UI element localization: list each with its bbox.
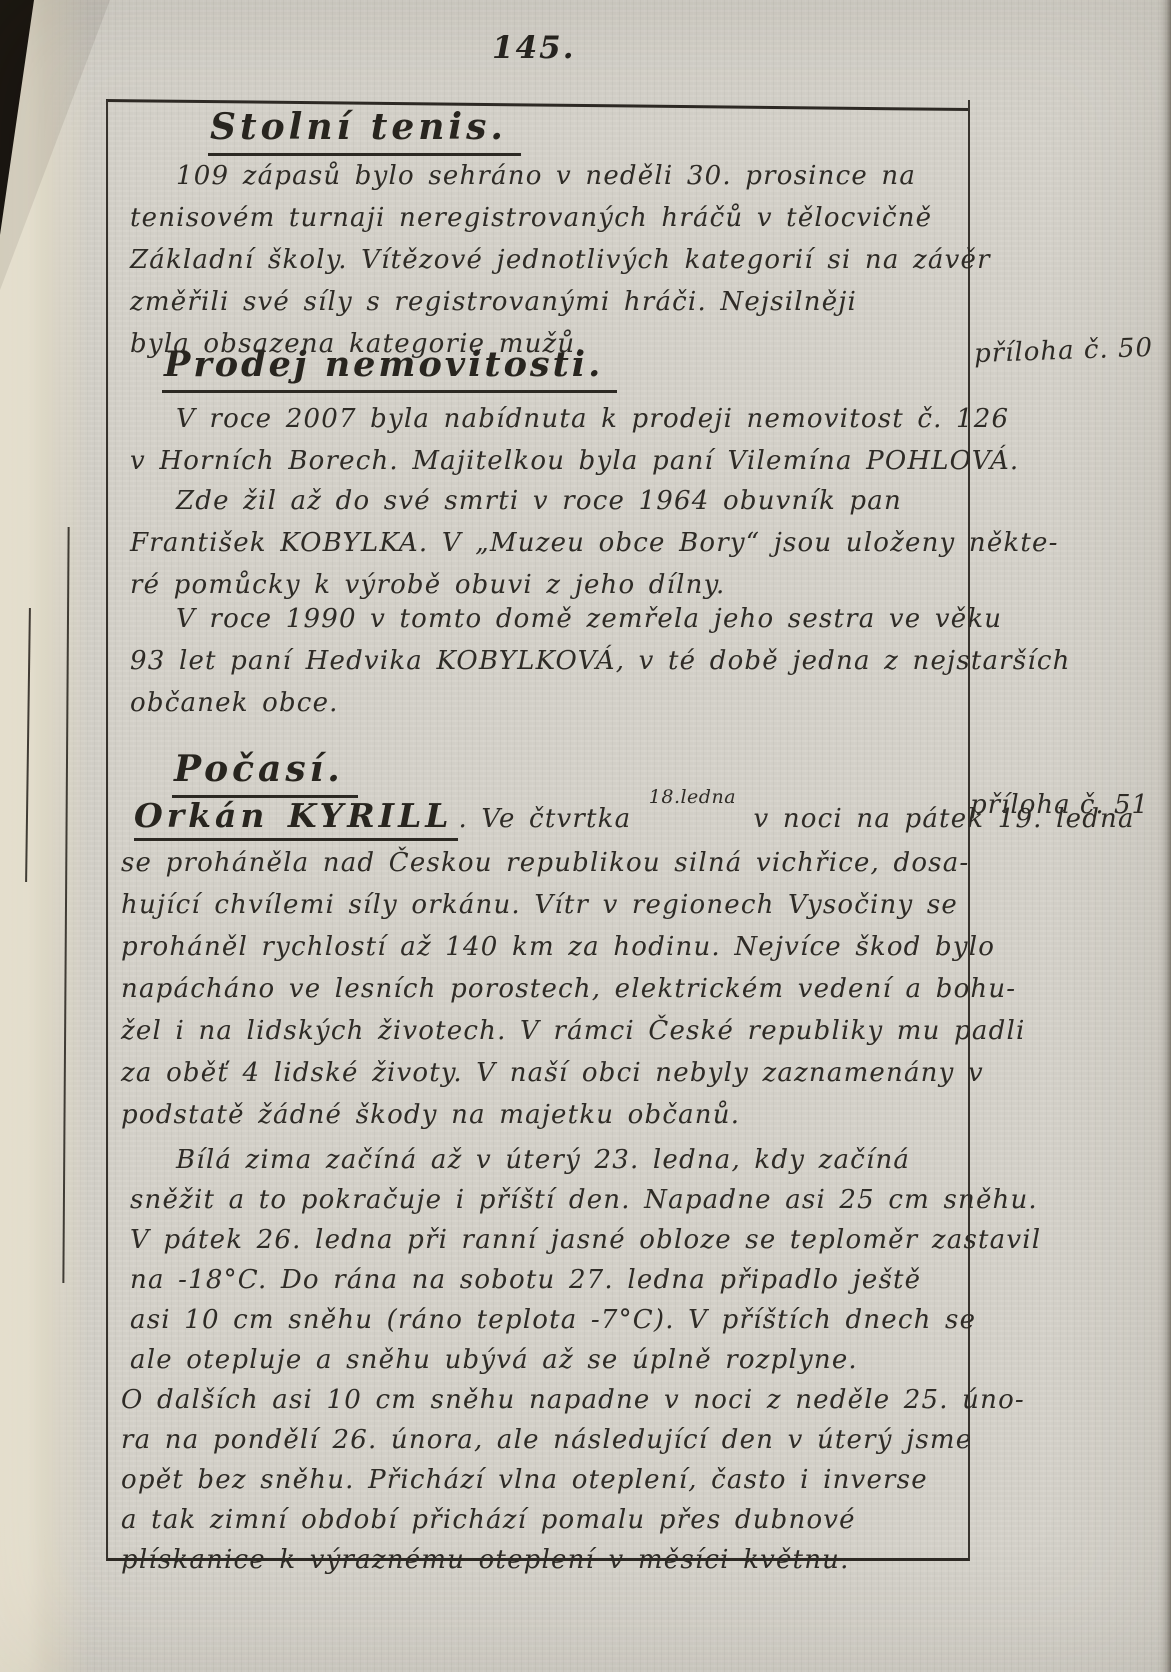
paragraph-prodej-3: V roce 1990 v tomto domě zemřela jeho se… bbox=[130, 598, 1071, 724]
margin-note-priloha-50: příloha č. 50 bbox=[974, 333, 1154, 369]
handwriting-line: hující chvílemi síly orkánu. Vítr v regi… bbox=[121, 884, 1025, 926]
paragraph-pocasi-2: Bílá zima začíná až v úterý 23. ledna, k… bbox=[130, 1140, 1041, 1380]
handwriting-line: podstatě žádné škody na majetku občanů. bbox=[121, 1094, 1025, 1136]
handwriting-line: napácháno ve lesních porostech, elektric… bbox=[121, 968, 1025, 1010]
handwriting-line: V roce 1990 v tomto domě zemřela jeho se… bbox=[130, 598, 1071, 640]
handwriting-line: tenisovém turnaji neregistrovaných hráčů… bbox=[130, 197, 991, 239]
paragraph-prodej-1: V roce 2007 byla nabídnuta k prodeji nem… bbox=[130, 398, 1019, 482]
handwriting-line: občanek obce. bbox=[130, 682, 1071, 724]
paragraph-stolni-tenis: 109 zápasů bylo sehráno v neděli 30. pro… bbox=[130, 155, 991, 365]
handwriting-line: žel i na lidských životech. V rámci Česk… bbox=[121, 1010, 1025, 1052]
paragraph-pocasi-3: O dalších asi 10 cm sněhu napadne v noci… bbox=[121, 1380, 1025, 1580]
handwriting-line: sněžit a to pokračuje i příští den. Napa… bbox=[130, 1180, 1041, 1220]
handwriting-line: plískanice k výraznému oteplení v měsíci… bbox=[121, 1540, 1025, 1580]
handwriting-line: na -18°C. Do rána na sobotu 27. ledna př… bbox=[130, 1260, 1041, 1300]
handwriting-line: František KOBYLKA. V „Muzeu obce Bory“ j… bbox=[130, 522, 1059, 564]
handwriting-line: V roce 2007 byla nabídnuta k prodeji nem… bbox=[130, 398, 1019, 440]
section-heading-stolni-tenis: Stolní tenis. bbox=[208, 106, 521, 156]
handwriting-line: proháněl rychlostí až 140 km za hodinu. … bbox=[121, 926, 1025, 968]
chronicle-page: 145. Stolní tenis. 109 zápasů bylo sehrá… bbox=[0, 0, 1171, 1672]
handwriting-line: O dalších asi 10 cm sněhu napadne v noci… bbox=[121, 1380, 1025, 1420]
handwriting-line: 93 let paní Hedvika KOBYLKOVÁ, v té době… bbox=[130, 640, 1071, 682]
handwriting-line: opět bez sněhu. Přichází vlna oteplení, … bbox=[121, 1460, 1025, 1500]
orkan-text-mid: . Ve čtvrtka bbox=[458, 804, 631, 834]
margin-note-priloha-51: příloha č. 51 bbox=[970, 790, 1149, 820]
handwriting-line: a tak zimní období přichází pomalu přes … bbox=[121, 1500, 1025, 1540]
orkan-kyrill-underlined: Orkán KYRILL bbox=[134, 796, 458, 841]
handwriting-line: Zde žil až do své smrti v roce 1964 obuv… bbox=[130, 480, 1059, 522]
insertion-note: 18.ledna bbox=[649, 786, 736, 808]
paragraph-prodej-2: Zde žil až do své smrti v roce 1964 obuv… bbox=[130, 480, 1059, 606]
handwriting-line: za oběť 4 lidské životy. V naší obci neb… bbox=[121, 1052, 1025, 1094]
handwriting-line: ra na pondělí 26. února, ale následující… bbox=[121, 1420, 1025, 1460]
section-heading-prodej-nemovitosti: Prodej nemovitosti. bbox=[162, 344, 617, 393]
section-heading-pocasi: Počasí. bbox=[172, 748, 358, 798]
handwriting-line: Základní školy. Vítězové jednotlivých ka… bbox=[130, 239, 991, 281]
handwriting-line: v Horních Borech. Majitelkou byla paní V… bbox=[130, 440, 1019, 482]
handwriting-line: Bílá zima začíná až v úterý 23. ledna, k… bbox=[130, 1140, 1041, 1180]
handwriting-line: 109 zápasů bylo sehráno v neděli 30. pro… bbox=[130, 155, 991, 197]
handwriting-line: V pátek 26. ledna při ranní jasné obloze… bbox=[130, 1220, 1041, 1260]
page-number: 145. bbox=[492, 30, 576, 66]
right-edge-shadow bbox=[1159, 0, 1171, 1672]
handwriting-line: asi 10 cm sněhu (ráno teplota -7°C). V p… bbox=[130, 1300, 1041, 1340]
paragraph-pocasi-1: se proháněla nad Českou republikou silná… bbox=[121, 842, 1025, 1136]
handwriting-line: ale otepluje a sněhu ubývá až se úplně r… bbox=[130, 1340, 1041, 1380]
handwriting-line: změřili své síly s registrovanými hráči.… bbox=[130, 281, 991, 323]
handwriting-line: se proháněla nad Českou republikou silná… bbox=[121, 842, 1025, 884]
